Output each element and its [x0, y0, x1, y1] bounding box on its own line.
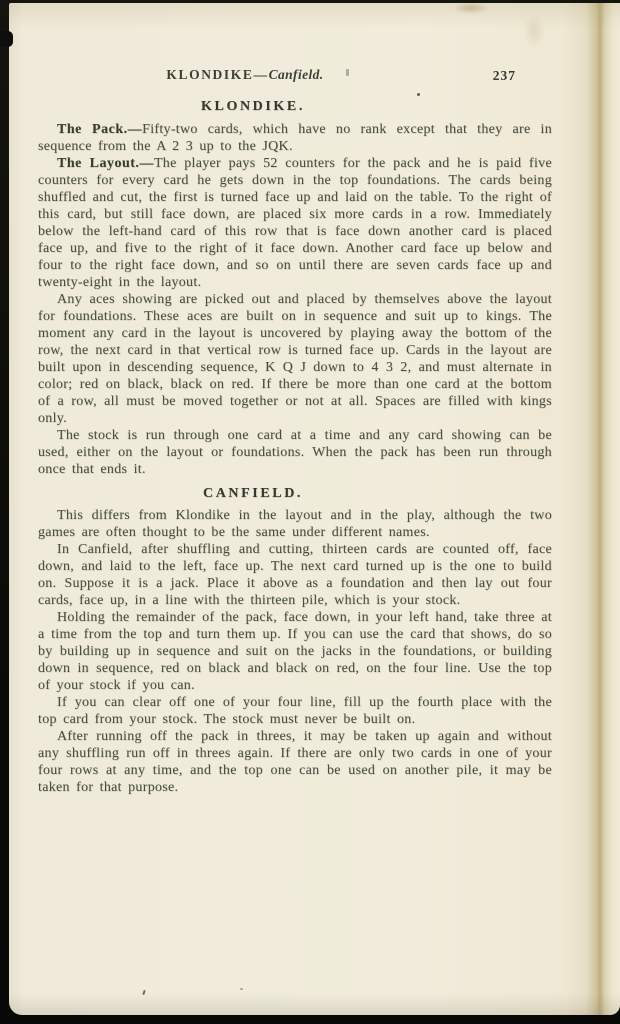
paragraph-lead: The Pack.—	[57, 122, 142, 137]
paragraph: The stock is run through one card at a t…	[38, 427, 552, 478]
running-head: KLONDIKE—Canfield. 237	[38, 67, 552, 86]
paragraph-text: This differs from Klondike in the layout…	[38, 508, 552, 540]
paragraph-text: Holding the remainder of the pack, face …	[38, 610, 552, 693]
running-head-subtitle: Canfield.	[269, 67, 324, 82]
paragraph: The Pack.—Fifty-two cards, which have no…	[38, 121, 552, 155]
text-column: KLONDIKE—Canfield. 237 KLONDIKE. The Pac…	[38, 3, 552, 796]
scan-background: KLONDIKE—Canfield. 237 KLONDIKE. The Pac…	[0, 0, 620, 1024]
paragraph-text: Any aces showing are picked out and plac…	[38, 292, 552, 426]
paragraph: If you can clear off one of your four li…	[38, 694, 552, 728]
ink-speck	[142, 990, 145, 995]
paragraph-text: After running off the pack in threes, it…	[38, 729, 552, 795]
ink-speck	[240, 988, 243, 990]
paragraph-lead: The Layout.—	[57, 156, 154, 171]
paragraph-text: The player pays 52 counters for the pack…	[38, 156, 552, 290]
section-heading-klondike: KLONDIKE.	[0, 99, 510, 115]
section-heading-canfield: CANFIELD.	[0, 486, 510, 502]
paragraph: After running off the pack in threes, it…	[38, 728, 552, 796]
book-page: KLONDIKE—Canfield. 237 KLONDIKE. The Pac…	[9, 3, 620, 1015]
paragraph: Holding the remainder of the pack, face …	[38, 609, 552, 694]
paragraph-text: The stock is run through one card at a t…	[38, 428, 552, 477]
page-number: 237	[493, 68, 516, 84]
running-head-chapter: KLONDIKE	[166, 67, 253, 82]
running-head-title: KLONDIKE—Canfield.	[0, 67, 502, 83]
paragraph: The Layout.—The player pays 52 counters …	[38, 155, 552, 291]
paragraph-text: If you can clear off one of your four li…	[38, 695, 552, 727]
binding-notch	[0, 31, 13, 47]
running-head-separator: —	[253, 67, 268, 82]
paragraph: Any aces showing are picked out and plac…	[38, 291, 552, 427]
paragraph: This differs from Klondike in the layout…	[38, 507, 552, 541]
paragraph-text: In Canfield, after shuffling and cutting…	[38, 542, 552, 608]
paragraph: In Canfield, after shuffling and cutting…	[38, 541, 552, 609]
